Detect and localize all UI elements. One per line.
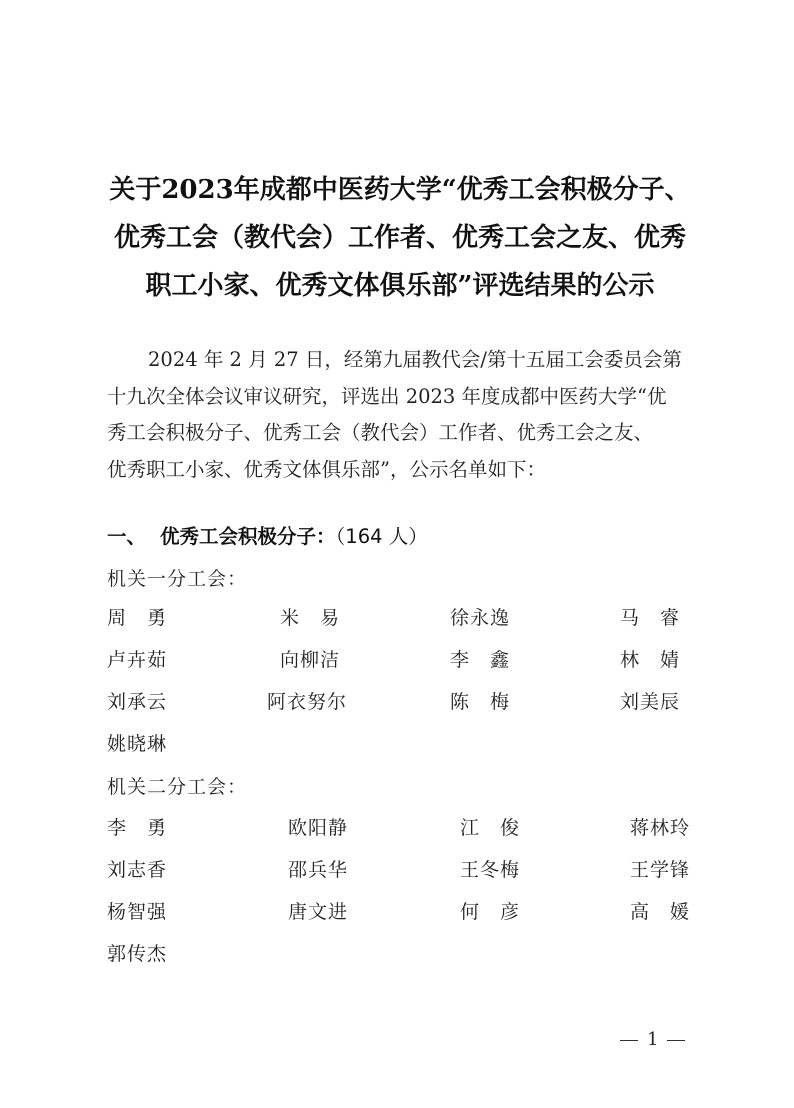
name-row: 郭传杰 [107,940,697,968]
member-name: 邵兵华 [288,856,348,884]
member-name: 周 勇 [107,604,167,632]
member-name: 高 媛 [630,898,690,926]
group-heading-jiguan-2: 机关二分工会： [107,773,247,801]
section-heading-1: 一、优秀工会积极分子：（164 人） [107,522,428,552]
name-row: 杨智强 唐文进 何 彦 高 媛 [107,898,697,926]
member-name: 郭传杰 [107,940,167,968]
intro-line-4: 优秀职工小家、优秀文体俱乐部”，公示名单如下： [107,452,697,489]
group-heading-jiguan-1: 机关一分工会： [107,565,247,593]
page-number: 1 [620,1028,710,1052]
section-label: 优秀工会积极分子： [160,525,336,548]
intro-line-1: 2024 年 2 月 27 日，经第九届教代会/第十五届工会委员会第 [107,342,697,379]
intro-line-3: 秀工会积极分子、优秀工会（教代会）工作者、优秀工会之友、 [107,415,697,452]
section-count: （164 人） [336,525,428,548]
member-name: 刘美辰 [620,688,680,716]
document-page: 关于2023年成都中医药大学“优秀工会积极分子、 优秀工会（教代会）工作者、优秀… [0,0,794,1108]
member-name: 李 勇 [107,814,167,842]
title-line-2: 优秀工会（教代会）工作者、优秀工会之友、优秀 [100,214,700,262]
member-name: 欧阳静 [288,814,348,842]
intro-line-2: 十九次全体会议审议研究，评选出 2023 年度成都中医药大学“优 [107,379,697,416]
name-row: 刘承云 阿衣努尔 陈 梅 刘美辰 [107,688,697,716]
page-number-value: 1 [647,1029,658,1050]
member-name: 徐永逸 [450,604,510,632]
member-name: 马 睿 [620,604,680,632]
member-name: 王学锋 [630,856,690,884]
intro-paragraph: 2024 年 2 月 27 日，经第九届教代会/第十五届工会委员会第 十九次全体… [107,342,697,488]
name-row: 李 勇 欧阳静 江 俊 蒋林玲 [107,814,697,842]
member-name: 王冬梅 [460,856,520,884]
member-name: 蒋林玲 [630,814,690,842]
member-name: 阿衣努尔 [267,688,347,716]
member-name: 米 易 [280,604,340,632]
title-line-1: 关于2023年成都中医药大学“优秀工会积极分子、 [100,166,700,214]
section-number: 一、 [107,525,146,548]
member-name: 刘志香 [107,856,167,884]
member-name: 陈 梅 [450,688,510,716]
document-title: 关于2023年成都中医药大学“优秀工会积极分子、 优秀工会（教代会）工作者、优秀… [100,166,700,310]
name-row: 周 勇 米 易 徐永逸 马 睿 [107,604,697,632]
title-line-3: 职工小家、优秀文体俱乐部”评选结果的公示 [100,262,700,310]
member-name: 杨智强 [107,898,167,926]
member-name: 李 鑫 [450,646,510,674]
member-name: 姚晓琳 [107,730,167,758]
member-name: 向柳洁 [280,646,340,674]
member-name: 唐文进 [288,898,348,926]
name-row: 姚晓琳 [107,730,697,758]
member-name: 卢卉茹 [107,646,167,674]
name-row: 卢卉茹 向柳洁 李 鑫 林 婧 [107,646,697,674]
member-name: 江 俊 [460,814,520,842]
member-name: 刘承云 [107,688,167,716]
dash-decoration [667,1040,685,1041]
member-name: 何 彦 [460,898,520,926]
name-row: 刘志香 邵兵华 王冬梅 王学锋 [107,856,697,884]
dash-decoration [620,1040,638,1041]
member-name: 林 婧 [620,646,680,674]
